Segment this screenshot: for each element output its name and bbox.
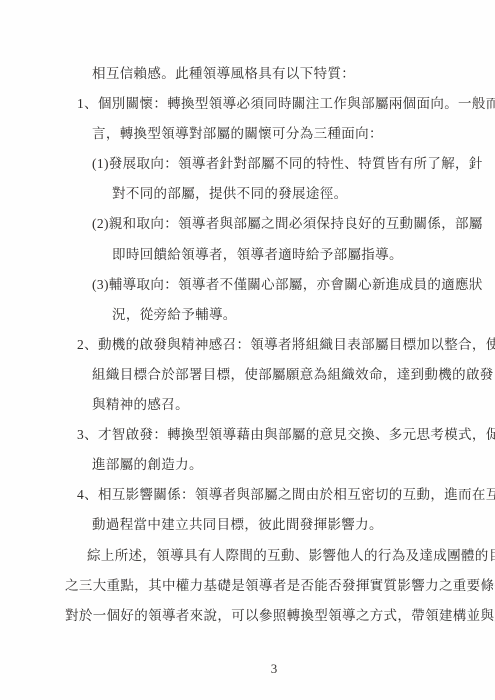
text-line: 進部屬的創造力。 — [92, 450, 495, 480]
text-line-subitem-3: (3)輔導取向：領導者不僅關心部屬，亦會關心新進成員的適應狀 — [92, 270, 495, 300]
text-line: 與精神的感召。 — [92, 390, 495, 420]
text-line: 對不同的部屬，提供不同的發展途徑。 — [112, 179, 495, 209]
text-line: 況，從旁給予輔導。 — [112, 300, 495, 330]
text-line-item-2: 2、動機的啟發與精神感召：領導者將組織目表部屬目標加以整合，使 — [77, 330, 495, 360]
text-line: 言，轉換型領導對部屬的關懷可分為三種面向： — [92, 119, 495, 149]
text-line-item-1: 1、個別關懷：轉換型領導必須同時關注工作與部屬兩個面向。一般而 — [77, 89, 495, 119]
text-line: 即時回饋給領導者，領導者適時給予部屬指導。 — [112, 240, 495, 270]
document-page: 相互信賴感。此種領導風格具有以下特質： 1、個別關懷：轉換型領導必須同時關注工作… — [0, 0, 495, 700]
text-line-subitem-2: (2)親和取向：領導者與部屬之間必須保持良好的互動關係，部屬 — [92, 209, 495, 239]
text-line: 之三大重點，其中權力基礎是領導者是否能否發揮實質影響力之重要條件； — [65, 571, 495, 601]
text-line: 相互信賴感。此種領導風格具有以下特質： — [92, 59, 495, 89]
text-line-item-3: 3、才智啟發：轉換型領導藉由與部屬的意見交換、多元思考模式，促 — [77, 420, 495, 450]
text-line: 動過程當中建立共同目標，彼此間發揮影響力。 — [92, 510, 495, 540]
text-line: 組織目標合於部署目標，使部屬願意為組織效命，達到動機的啟發 — [92, 360, 495, 390]
page-number: 3 — [65, 661, 483, 677]
text-line-subitem-1: (1)發展取向：領導者針對部屬不同的特性、特質皆有所了解，針 — [92, 149, 495, 179]
text-line: 對於一個好的領導者來說，可以參照轉換型領導之方式，帶領建構並與成 — [65, 601, 495, 631]
text-line-item-4: 4、相互影響關係：領導者與部屬之間由於相互密切的互動，進而在互 — [77, 480, 495, 510]
text-line-summary-paragraph: 綜上所述，領導具有人際間的互動、影響他人的行為及達成團體的目標 — [87, 541, 495, 571]
body-text: 相互信賴感。此種領導風格具有以下特質： 1、個別關懷：轉換型領導必須同時關注工作… — [0, 59, 495, 631]
